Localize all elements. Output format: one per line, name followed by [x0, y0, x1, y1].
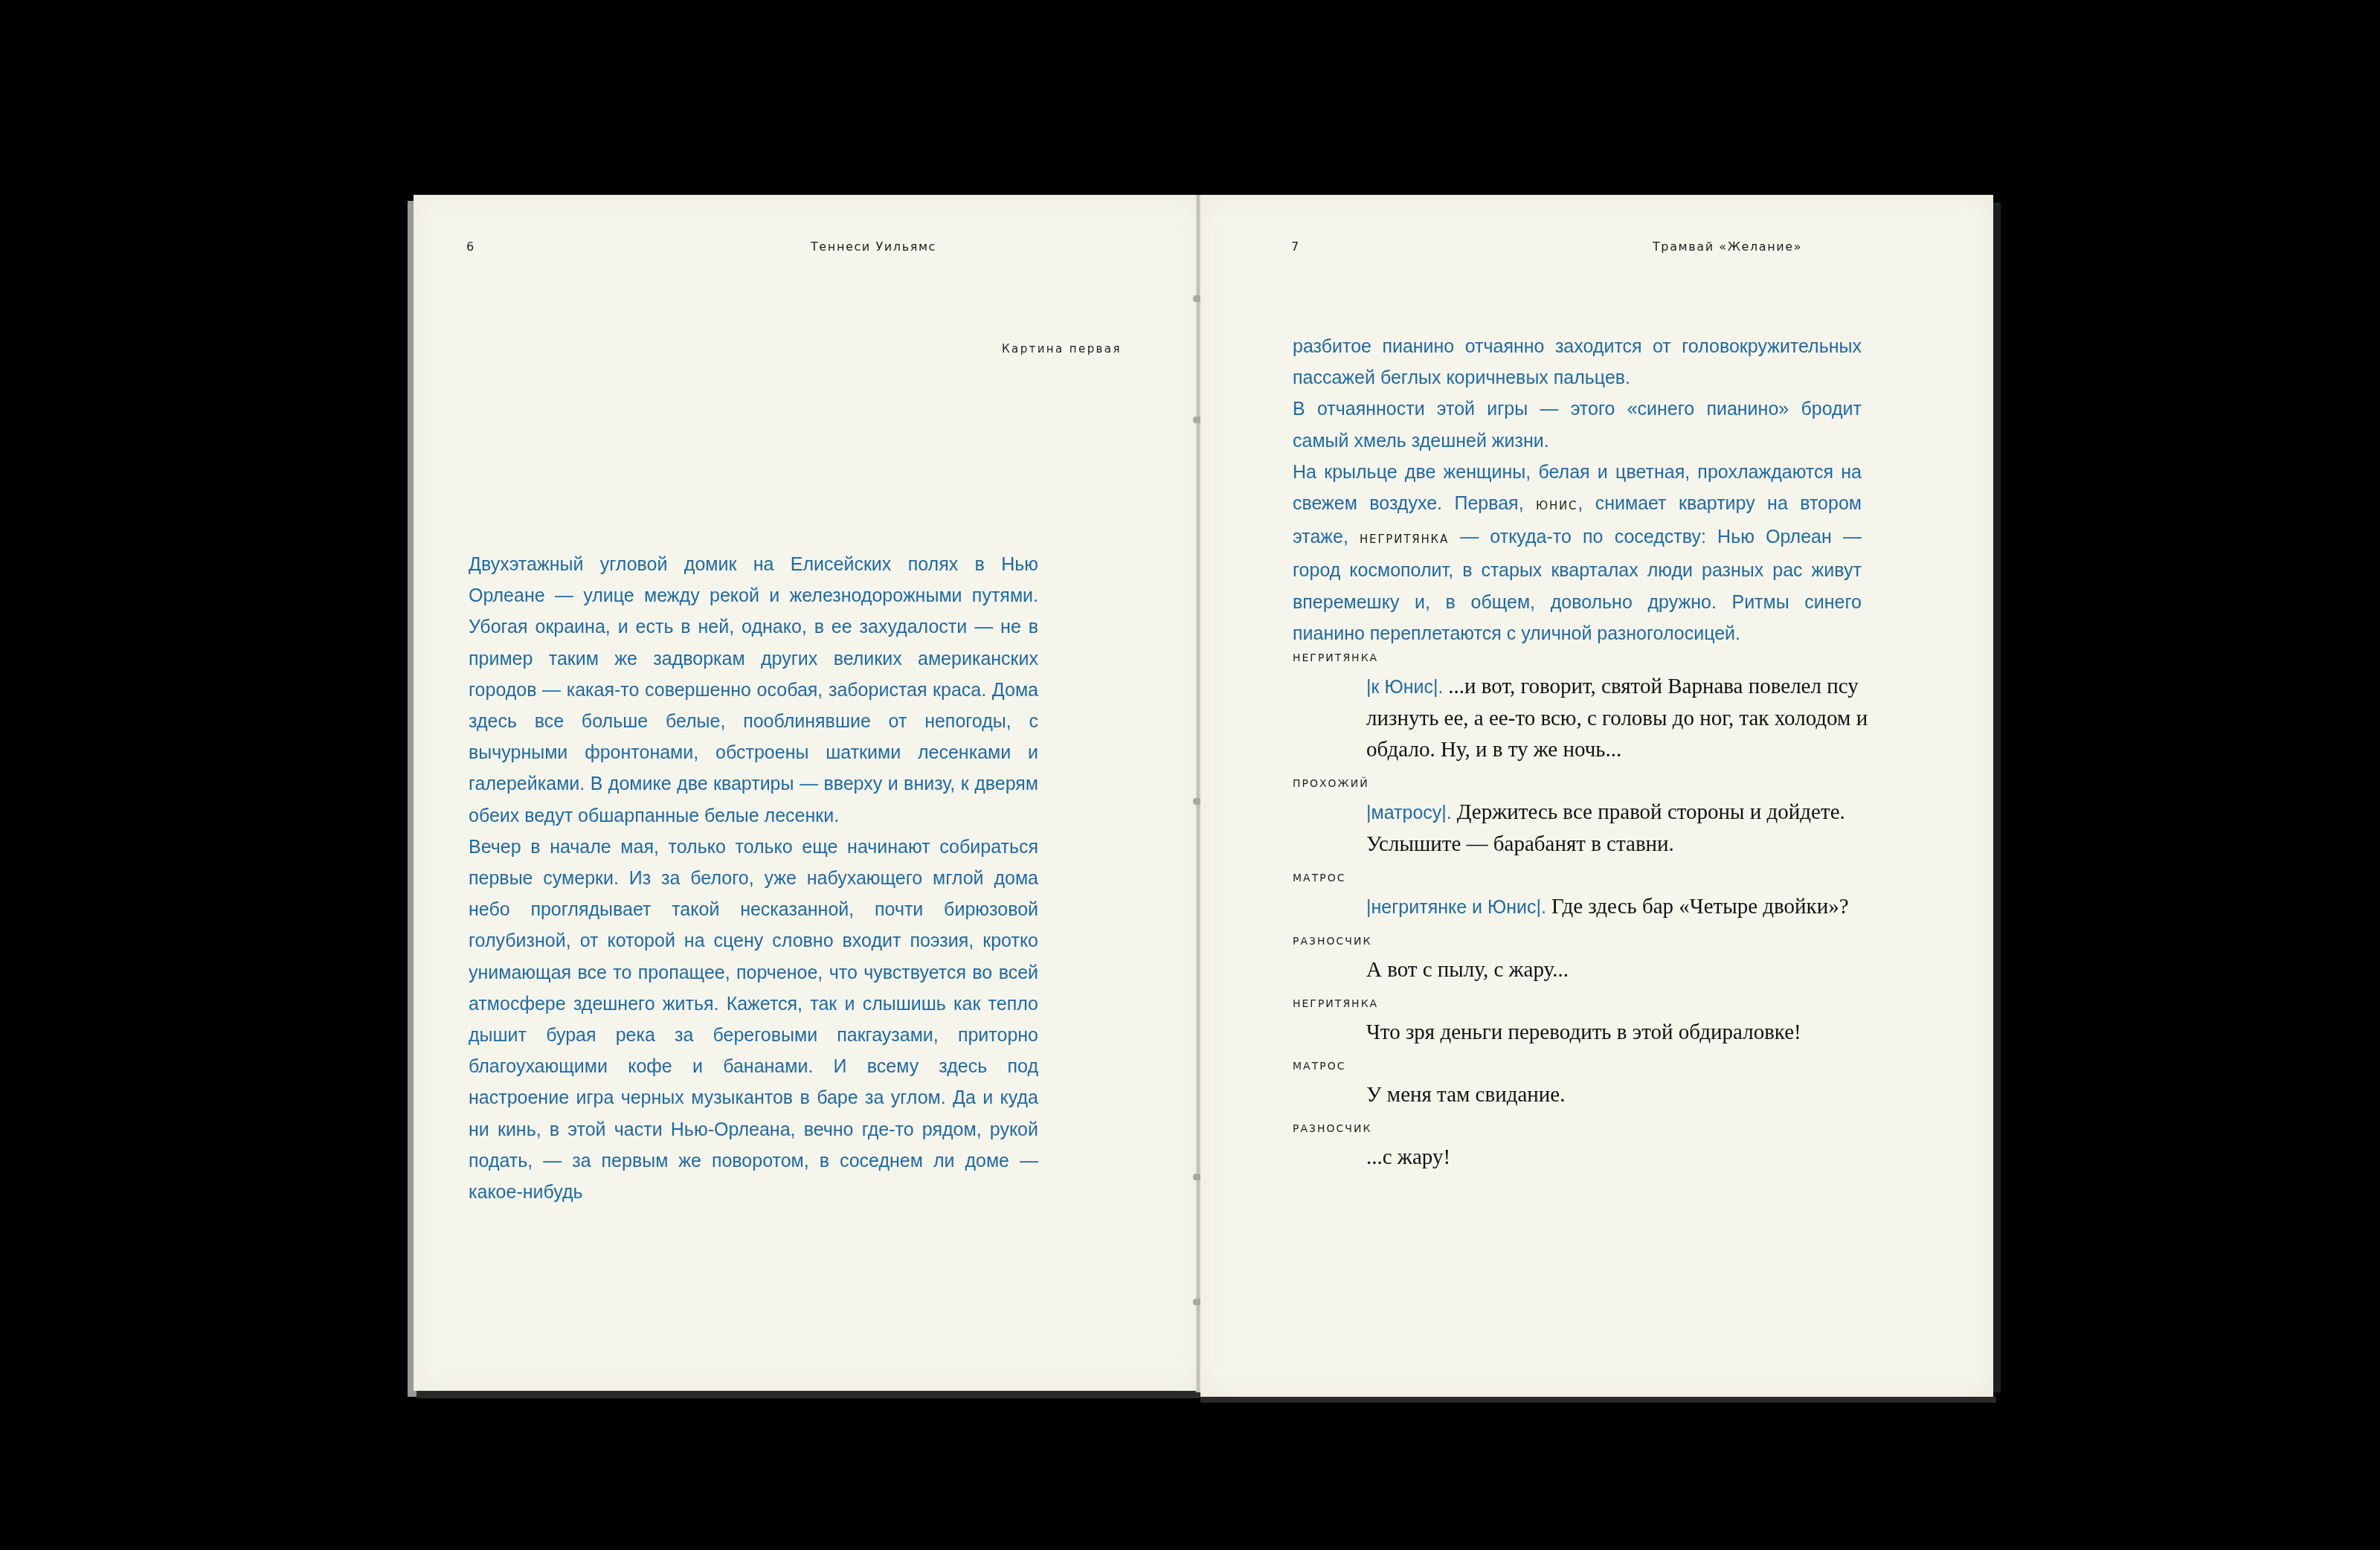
- section-title: Картина первая: [1002, 342, 1122, 356]
- speech-line: У меня там свидание.: [1366, 1079, 1932, 1110]
- dialogue-entry: матрос У меня там свидание.: [1293, 1057, 1932, 1110]
- character-name-inline: негритянка: [1360, 533, 1449, 546]
- speaker-label: матрос: [1293, 1057, 1932, 1076]
- right-page-stage-directions: разбитое пианино отчаянно заходится от г…: [1293, 331, 1862, 649]
- dialogue-entry: матрос |негритянке и Юнис|. Где здесь ба…: [1293, 869, 1932, 923]
- left-page-number: 6: [466, 239, 475, 254]
- speech-line: |к Юнис|. ...и вот, говорит, святой Варн…: [1366, 671, 1887, 765]
- speaker-label: разносчик: [1293, 1119, 1932, 1139]
- dialogue-block: негритянка |к Юнис|. ...и вот, говорит, …: [1293, 649, 1932, 1182]
- right-running-head: Трамвай «Желание»: [1653, 239, 1802, 254]
- dialogue-entry: негритянка Что зря деньги переводить в э…: [1293, 994, 1932, 1048]
- dialogue-entry: разносчик А вот с пылу, с жару...: [1293, 932, 1932, 985]
- dialogue-entry: негритянка |к Юнис|. ...и вот, говорит, …: [1293, 649, 1932, 765]
- book-edge-bottom-right: [1200, 1397, 1996, 1403]
- dialogue-entry: прохожий |матросу|. Держитесь все правой…: [1293, 774, 1932, 860]
- speech-line: А вот с пылу, с жару...: [1366, 954, 1932, 985]
- body-paragraph: разбитое пианино отчаянно заходится от г…: [1293, 331, 1862, 393]
- dialogue-entry: разносчик ...с жару!: [1293, 1119, 1932, 1173]
- speech-line: ...с жару!: [1366, 1142, 1932, 1173]
- speaker-label: прохожий: [1293, 774, 1932, 794]
- speech-line: |матросу|. Держитесь все правой стороны …: [1366, 797, 1932, 860]
- body-paragraph: В отчаянности этой игры — этого «синего …: [1293, 393, 1862, 456]
- speaker-label: негритянка: [1293, 994, 1932, 1014]
- left-running-head: Теннеси Уильямс: [811, 239, 936, 254]
- stage-direction: |матросу|.: [1366, 803, 1457, 823]
- book-edge-right: [1993, 202, 2001, 1392]
- stage-direction: |к Юнис|.: [1366, 677, 1448, 698]
- speaker-label: разносчик: [1293, 932, 1932, 951]
- speaker-label: матрос: [1293, 869, 1932, 888]
- body-paragraph: Вечер в начале мая, только только еще на…: [469, 832, 1038, 1208]
- speaker-label: негритянка: [1293, 649, 1932, 668]
- left-page-body: Двухэтажный угловой домик на Елисейских …: [469, 549, 1038, 1208]
- body-paragraph: На крыльце две женщины, белая и цветная,…: [1293, 457, 1862, 649]
- body-paragraph: Двухэтажный угловой домик на Елисейских …: [469, 549, 1038, 832]
- stage-direction: |негритянке и Юнис|.: [1366, 897, 1551, 918]
- speech-line: |негритянке и Юнис|. Где здесь бар «Четы…: [1366, 891, 1932, 923]
- right-page-number: 7: [1291, 239, 1300, 254]
- speech-line: Что зря деньги переводить в этой обдирал…: [1366, 1017, 1932, 1048]
- character-name-inline: юнис: [1536, 499, 1577, 512]
